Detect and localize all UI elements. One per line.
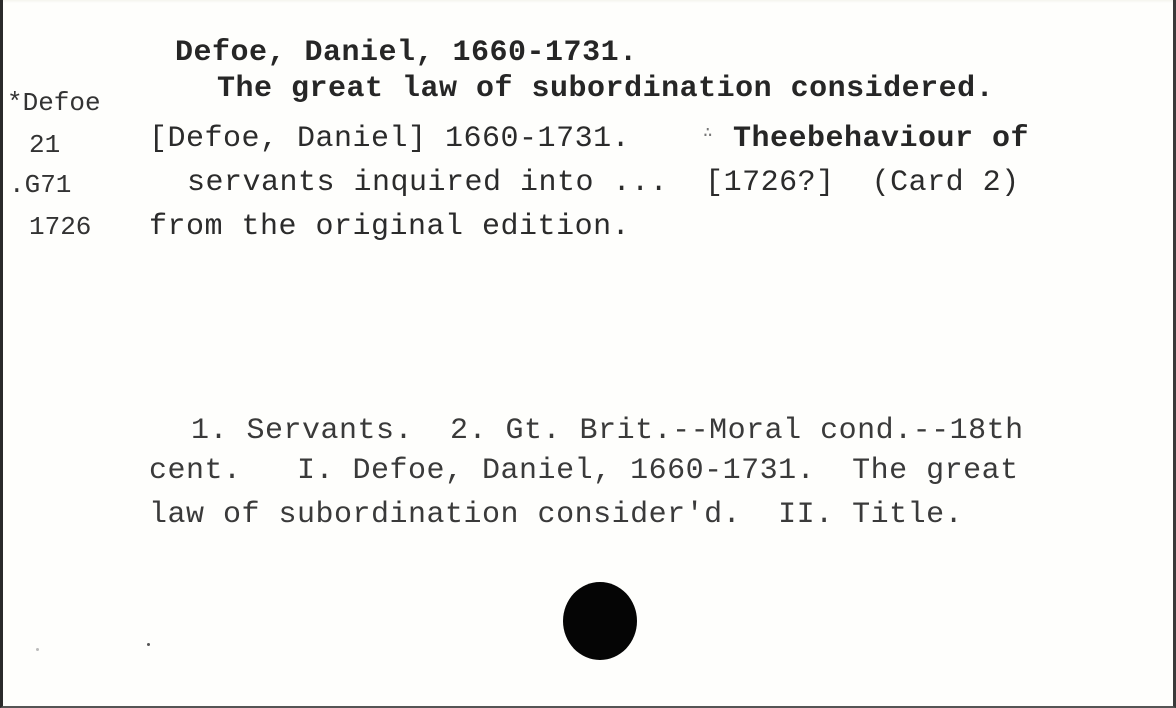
body-line-1-mark: ∴ xyxy=(703,116,713,150)
body-line-1-start: [Defoe, Daniel] 1660-1731. xyxy=(149,122,630,156)
filing-rod-hole xyxy=(563,582,637,660)
card-top-edge xyxy=(3,0,1173,3)
ink-speck xyxy=(36,648,39,651)
author-heading: Defoe, Daniel, 1660-1731. xyxy=(175,36,638,70)
tracings-line-3: law of subordination consider'd. II. Tit… xyxy=(149,498,963,532)
ink-speck xyxy=(147,643,150,646)
body-line-3: from the original edition. xyxy=(149,210,630,244)
call-number-line-2: 21 xyxy=(29,130,60,160)
call-number-line-3: .G71 xyxy=(9,170,71,200)
catalog-card: *Defoe 21 .G71 1726 Defoe, Daniel, 1660-… xyxy=(0,0,1176,708)
uniform-title: The great law of subordination considere… xyxy=(217,72,994,106)
call-number-line-1: *Defoe xyxy=(7,88,101,118)
tracings-line-1: 1. Servants. 2. Gt. Brit.--Moral cond.--… xyxy=(191,414,1024,448)
call-number-line-4: 1726 xyxy=(29,212,91,242)
tracings-line-2: cent. I. Defoe, Daniel, 1660-1731. The g… xyxy=(149,454,1019,488)
body-line-1-end: Theebehaviour of xyxy=(733,122,1029,156)
body-line-2: servants inquired into ... [1726?] (Card… xyxy=(187,166,1020,200)
